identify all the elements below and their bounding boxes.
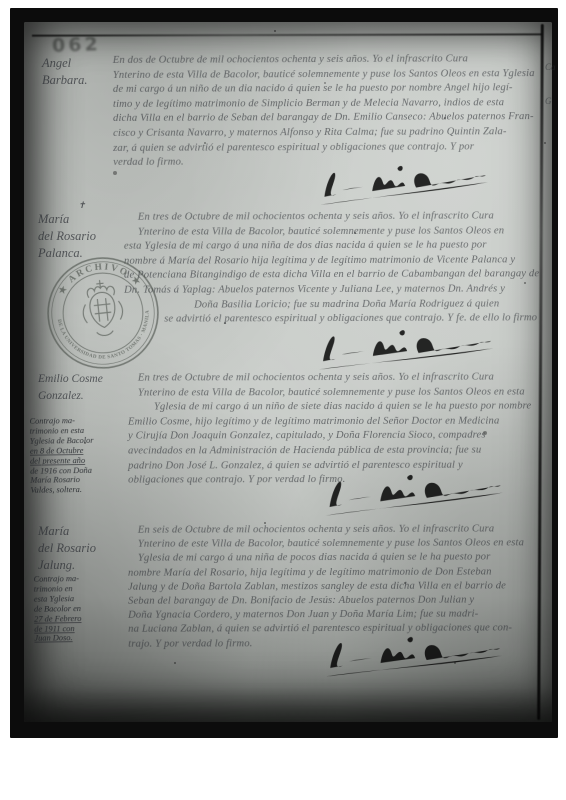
body-line: esta Yglesia de mi cargo á una niña de d…: [124, 238, 548, 254]
body-line: de mi cargo á un niño de un dia nacido á…: [113, 81, 533, 97]
priest-signature: [318, 464, 510, 522]
photograph-of-register-page: 062 Angel Barbara. En dos de Octubre de …: [10, 8, 558, 738]
page-top-rule: [32, 33, 542, 36]
margin-name-line: del Rosario: [38, 228, 96, 245]
body-line: de Potenciana Bitangindigo de esta dicha…: [124, 268, 548, 284]
archive-seal: ★ ARCHIVO ★ DE LA UNIVERSIDAD DE SANTO T…: [39, 249, 166, 376]
body-line: Doña Ygnacia Cordero, y maternos Don Jua…: [128, 607, 548, 623]
margin-name-line: Angel: [42, 55, 88, 72]
margin-name-line: María: [38, 211, 96, 228]
body-line: cisco y Crisanta Navarro, y maternos Alf…: [113, 125, 533, 141]
margin-name-line: Barbara.: [42, 72, 88, 89]
entry4-margin-name: María del Rosario Jalung.: [38, 523, 96, 574]
body-line: Yglesia de mi cargo á un niño de siete d…: [154, 400, 548, 416]
body-line: zar, á quien se advirtió el parentesco e…: [113, 140, 533, 156]
body-line: nombre á María del Rosario hija legítima…: [124, 253, 548, 269]
body-line: Doña Basilia Loricio; fue su madrina Doñ…: [194, 297, 548, 313]
margin-name-line: Jalung.: [38, 557, 96, 574]
seal-coat-of-arms: [80, 278, 125, 337]
entry4-marriage-note: Contrajo ma- trimonio en esta Yglesia de…: [34, 573, 135, 644]
entry2-margin-name: María del Rosario Palanca.: [38, 211, 96, 262]
body-line: En tres de Octubre de mil ochocientos oc…: [138, 370, 548, 386]
priest-signature: [319, 627, 509, 683]
body-line: Yglesia de mi cargo á una niña de pocos …: [138, 551, 548, 567]
entry2-body: En tres de Octubre de mil ochocientos oc…: [124, 209, 548, 327]
body-line: Ynterino de este Villa de Bacolor, bauti…: [138, 536, 548, 552]
entry1-margin-name: Angel Barbara.: [42, 55, 88, 89]
body-line: Dn. Tomás á Yaplag: Abuelos paternos Vic…: [124, 282, 548, 298]
body-line: En tres de Octubre de mil ochocientos oc…: [138, 209, 548, 225]
body-line: avecindados en la Administración de Haci…: [128, 443, 548, 459]
margin-name-line: María: [38, 523, 96, 540]
body-line: Emilio Cosme, hijo legítimo y de legítim…: [128, 414, 548, 430]
facing-page-bleed-text: G: [545, 96, 552, 107]
margin-note-line: Juan Doso.: [34, 633, 134, 644]
entry1-body: En dos de Octubre de mil ochocientos och…: [113, 52, 534, 171]
body-line: y Cirujía Don Joaquin Gonzalez, capitula…: [128, 429, 548, 445]
margin-name-line: Gonzalez.: [38, 388, 103, 405]
entry3-marriage-note: Contrajo ma- trimonio en esta Yglesia de…: [29, 415, 134, 496]
body-line: Jalung y de Doña Bartola Zablan, mestizo…: [128, 579, 548, 595]
entry3-margin-name: Emilio Cosme Gonzalez.: [38, 371, 103, 405]
priest-signature: [313, 155, 495, 211]
body-line: En seis de Octubre de mil ochocientos oc…: [138, 522, 548, 538]
deceased-cross-mark: ✝: [78, 200, 86, 211]
body-line: nombre María del Rosario, hija legítima …: [128, 565, 548, 581]
body-line: Ynterino de esta Villa de Bacolor, bauti…: [138, 385, 548, 401]
register-page: 062 Angel Barbara. En dos de Octubre de …: [24, 22, 552, 722]
body-line: Seban del barangay de Dn. Bonifacio de J…: [128, 593, 548, 609]
body-line: Ynterino de esta Villa de Bacolor, bauti…: [138, 224, 548, 240]
margin-name-line: del Rosario: [38, 540, 96, 557]
page-number-stamp: 062: [52, 33, 101, 57]
priest-signature: [312, 320, 500, 376]
margin-name-line: Emilio Cosme: [38, 371, 103, 388]
dust-specks: [274, 30, 276, 32]
margin-note-line: Valdes, soltera.: [30, 485, 134, 496]
facing-page-bleed-text: Ca: [545, 62, 556, 73]
